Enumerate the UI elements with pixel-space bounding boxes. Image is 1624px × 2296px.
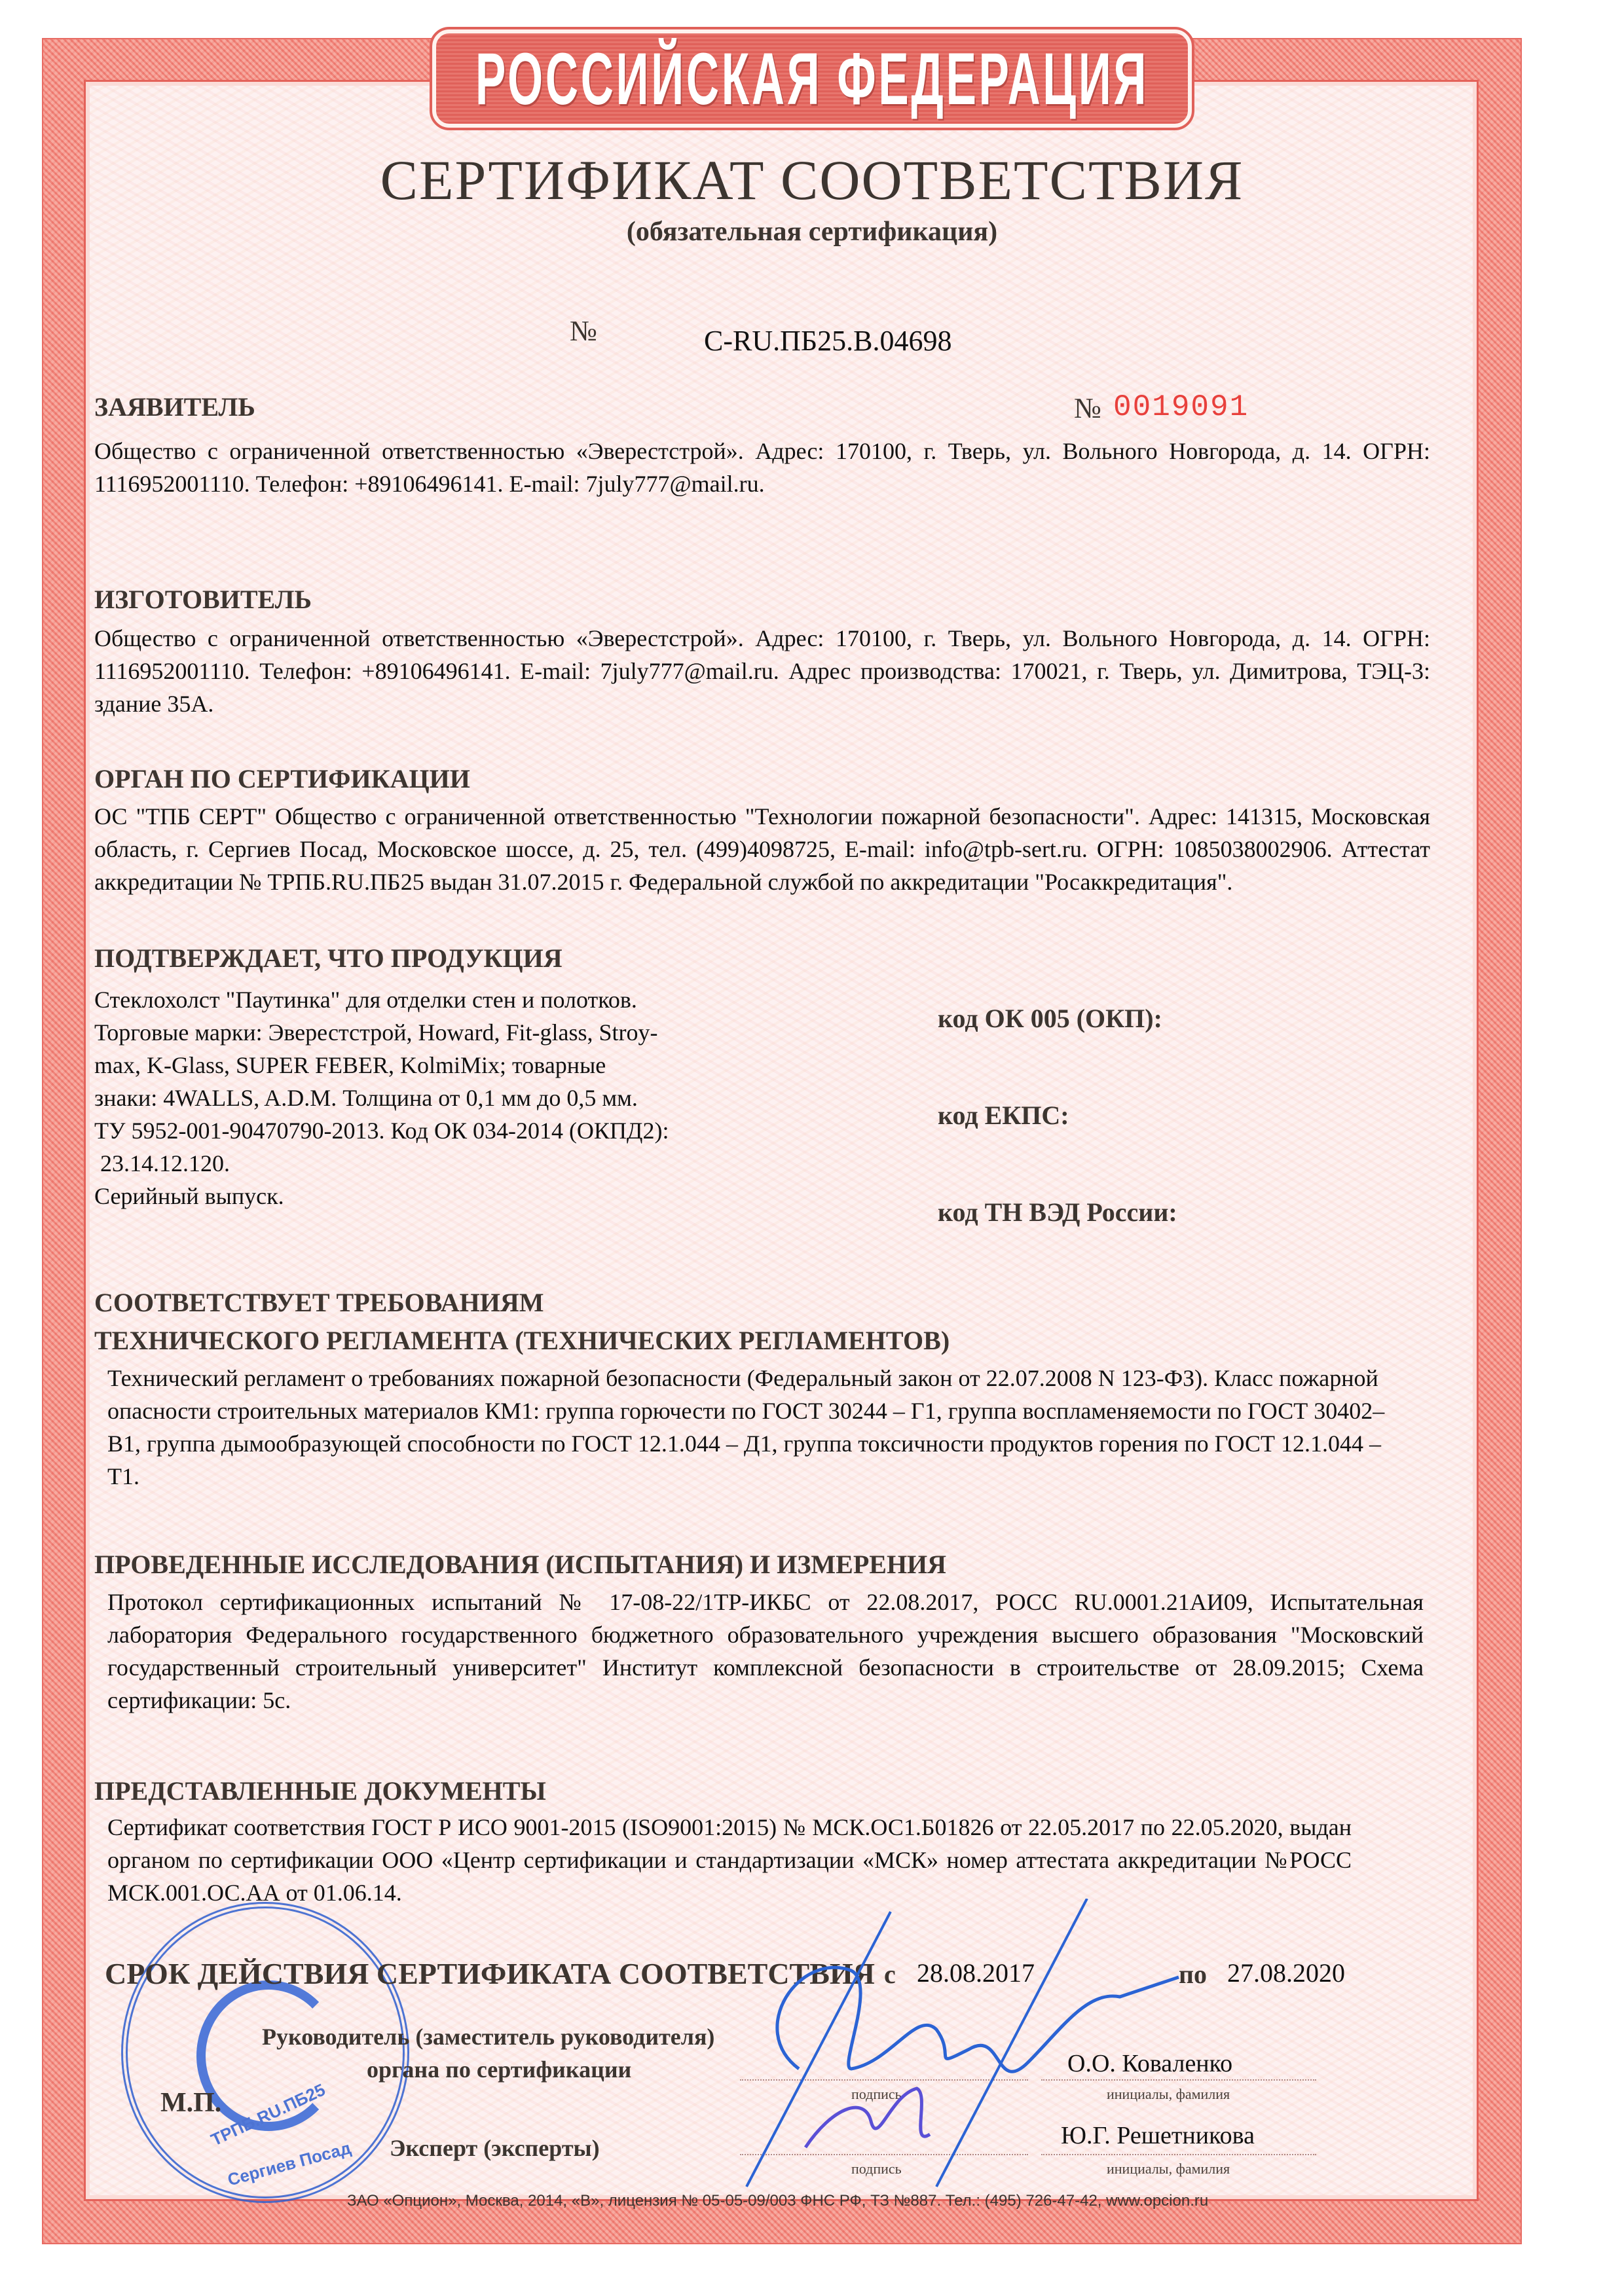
product-line: ТУ 5952-001-90470790-2013. Код ОК 034-20…: [94, 1114, 815, 1147]
expert-label: Эксперт (эксперты): [390, 2134, 600, 2162]
stamp-place-label: М.П.: [160, 2087, 221, 2119]
product-line: max, K-Glass, SUPER FEBER, KolmiMix; тов…: [94, 1049, 815, 1082]
serial-number: 0019091: [1113, 390, 1249, 424]
applicant-text: Общество с ограниченной ответственностью…: [94, 435, 1430, 500]
requirements-text: Технический регламент о требованиях пожа…: [107, 1362, 1411, 1493]
applicant-heading: ЗАЯВИТЕЛЬ: [94, 392, 255, 422]
product-line: знаки: 4WALLS, A.D.M. Толщина от 0,1 мм …: [94, 1082, 815, 1114]
documents-text: Сертификат соответствия ГОСТ Р ИСО 9001-…: [107, 1811, 1352, 1909]
country-banner: РОССИЙСКАЯ ФЕДЕРАЦИЯ: [432, 29, 1192, 128]
serial-number-sign: №: [1074, 392, 1101, 425]
manufacturer-text: Общество с ограниченной ответственностью…: [94, 622, 1430, 720]
head-label: Руководитель (заместитель руководителя): [262, 2023, 714, 2050]
certificate-title: СЕРТИФИКАТ СООТВЕТСТВИЯ: [0, 147, 1624, 213]
product-line: Серийный выпуск.: [94, 1180, 815, 1212]
tnved-code-label: код ТН ВЭД России:: [938, 1197, 1177, 1228]
product-line: Стеклохолст "Паутинка" для отделки стен …: [94, 983, 815, 1016]
certificate-subtitle: (обязательная сертификация): [0, 216, 1624, 247]
seal-stamp: ТРПБ.RU.ПБ25 Сергиев Посад: [121, 1902, 409, 2203]
printer-footer: ЗАО «Опцион», Москва, 2014, «В», лицензи…: [347, 2192, 1208, 2210]
tests-text: Протокол сертификационных испытаний № 17…: [107, 1586, 1424, 1717]
certification-body-heading: ОРГАН ПО СЕРТИФИКАЦИИ: [94, 763, 470, 794]
manufacturer-heading: ИЗГОТОВИТЕЛЬ: [94, 584, 312, 615]
ekps-code-label: код ЕКПС:: [938, 1100, 1069, 1131]
okp-code-label: код ОК 005 (ОКП):: [938, 1003, 1162, 1034]
validity-to-date: 27.08.2020: [1227, 1958, 1345, 1988]
product-line: Торговые марки: Эверестстрой, Howard, Fi…: [94, 1016, 815, 1049]
documents-heading: ПРЕДСТАВЛЕННЫЕ ДОКУМЕНТЫ: [94, 1776, 546, 1806]
banner-text: РОССИЙСКАЯ ФЕДЕРАЦИЯ: [475, 37, 1149, 121]
product-line: 23.14.12.120.: [94, 1147, 815, 1180]
requirements-heading: СООТВЕТСТВУЕТ ТРЕБОВАНИЯМ: [94, 1287, 544, 1318]
product-heading: ПОДТВЕРЖДАЕТ, ЧТО ПРОДУКЦИЯ: [94, 943, 563, 974]
tests-heading: ПРОВЕДЕННЫЕ ИССЛЕДОВАНИЯ (ИСПЫТАНИЯ) И И…: [94, 1549, 946, 1580]
product-description: Стеклохолст "Паутинка" для отделки стен …: [94, 983, 815, 1212]
certificate-number: C-RU.ПБ25.В.04698: [704, 324, 952, 357]
handwritten-signatures: [720, 1899, 1244, 2200]
stamp-city: Сергиев Посад: [225, 2138, 353, 2190]
regulation-heading: ТЕХНИЧЕСКОГО РЕГЛАМЕНТА (ТЕХНИЧЕСКИХ РЕГ…: [94, 1325, 950, 1356]
certification-body-text: ОС "ТПБ СЕРТ" Общество с ограниченной от…: [94, 800, 1430, 898]
head-label-2: органа по сертификации: [367, 2056, 631, 2083]
number-sign: №: [570, 314, 597, 348]
